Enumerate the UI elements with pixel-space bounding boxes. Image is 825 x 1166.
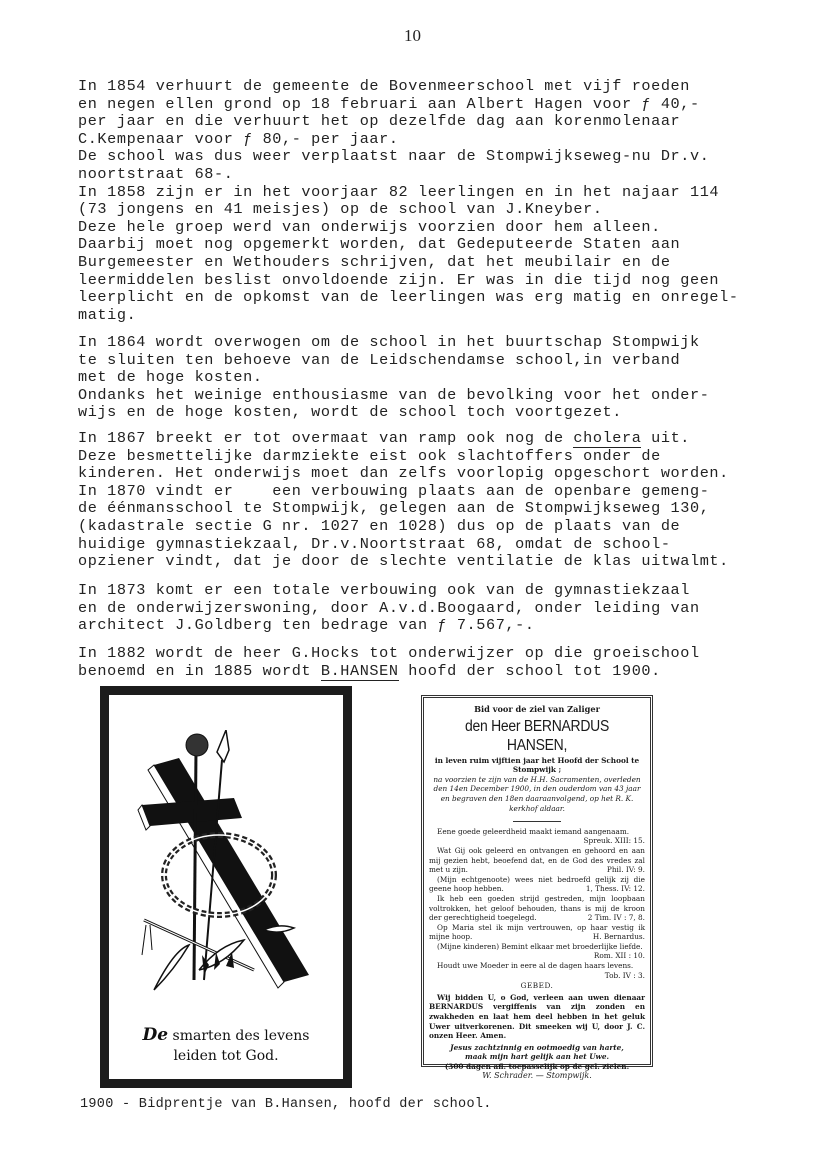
text-line: In 1882 wordt de heer G.Hocks tot onderw… [78, 645, 700, 663]
text-line: In 1867 breekt er tot overmaat van ramp … [78, 430, 729, 448]
text-line: leermiddelen beslist onvoldoende zijn. E… [78, 272, 739, 290]
text-line: (kadastrale sectie G nr. 1027 en 1028) d… [78, 518, 729, 536]
text-line: en negen ellen grond op 18 februari aan … [78, 96, 739, 114]
memorial-card-front: De smarten des levens leiden tot God. [100, 686, 352, 1088]
text-line: leerplicht en de opkomst van de leerling… [78, 289, 739, 307]
verse-reference: Spreuk. XIII: 15. [576, 836, 645, 846]
verse-reference: Rom. XII : 10. [586, 951, 645, 961]
text-line: huidige gymnastiekzaal, Dr.v.Noortstraat… [78, 536, 729, 554]
text-line: kinderen. Het onderwijs moet dan zelfs v… [78, 465, 729, 483]
card-subtitle: in leven ruim vijftien jaar het Hoofd de… [429, 756, 645, 775]
verse-reference: 1, Thess. IV: 12. [578, 884, 645, 894]
paragraph-1882-1885: In 1882 wordt de heer G.Hocks tot onderw… [78, 645, 700, 680]
text-line: In 1864 wordt overwogen om de school in … [78, 334, 709, 352]
text-line: noortstraat 68-. [78, 166, 739, 184]
text-line: In 1870 vindt er een verbouwing plaats a… [78, 483, 729, 501]
verse-reference: Phil. IV: 9. [599, 865, 645, 875]
scripture-verse: Op Maria stel ik mijn vertrouwen, op haa… [429, 923, 645, 942]
prayer-title: GEBED. [429, 981, 645, 991]
text-line: met de hoge kosten. [78, 369, 709, 387]
card-details: na voorzien te zijn van de H.H. Sacramen… [429, 775, 645, 813]
text-line: opziener vindt, dat je door de slechte v… [78, 553, 729, 571]
prayer-text: Wij bidden U, o God, verleen aan uwen di… [429, 993, 645, 1041]
text-line: de éénmansschool te Stompwijk, gelegen a… [78, 500, 729, 518]
scripture-verse: (Mijn echtgenoote) wees niet bedroefd ge… [429, 875, 645, 894]
page-number: 10 [0, 26, 825, 46]
card-deceased-name: den Heer BERNARDUS HANSEN, [440, 717, 634, 755]
text-line: Daarbij moet nog opgemerkt worden, dat G… [78, 236, 739, 254]
text-line: Deze hele groep werd van onderwijs voorz… [78, 219, 739, 237]
underlined-word: B.HANSEN [321, 662, 399, 681]
text-line: C.Kempenaar voor ƒ 80,- per jaar. [78, 131, 739, 149]
text-line: per jaar en die verhuurt het op dezelfde… [78, 113, 739, 131]
text-line: De school was dus weer verplaatst naar d… [78, 148, 739, 166]
invocation-line-1: Jesus zachtzinnig en ootmoedig van harte… [429, 1043, 645, 1053]
text-line: In 1873 komt er een totale verbouwing oo… [78, 582, 700, 600]
figure-caption: 1900 - Bidprentje van B.Hansen, hoofd de… [80, 1097, 492, 1112]
scripture-verse: (Mijne kinderen) Bemint elkaar met broed… [429, 942, 645, 961]
card-header: Bid voor de ziel van Zaliger [429, 705, 645, 715]
underlined-word: cholera [573, 429, 641, 448]
memorial-card-text: Bid voor de ziel van Zaliger den Heer BE… [421, 695, 653, 1067]
paragraph-1867-1870: In 1867 breekt er tot overmaat van ramp … [78, 430, 729, 571]
scripture-verse: Eene goede geleerdheid maakt iemand aang… [429, 827, 645, 846]
verse-reference: H. Bernardus. [585, 932, 645, 942]
card-verses: Eene goede geleerdheid maakt iemand aang… [429, 827, 645, 981]
scripture-verse: Wat Gij ook geleerd en ontvangen en geho… [429, 846, 645, 875]
text-line: matig. [78, 307, 739, 325]
text-line: Burgemeester en Wethouders schrijven, da… [78, 254, 739, 272]
paragraph-1873: In 1873 komt er een totale verbouwing oo… [78, 582, 700, 635]
motto-initial: De [143, 1025, 169, 1045]
text-line: benoemd en in 1885 wordt B.HANSEN hoofd … [78, 663, 700, 681]
scripture-verse: Houdt uwe Moeder in eere al de dagen haa… [429, 961, 645, 980]
text-line: (73 jongens en 41 meisjes) op de school … [78, 201, 739, 219]
text-line: In 1858 zijn er in het voorjaar 82 leerl… [78, 184, 739, 202]
paragraph-1854-1858: In 1854 verhuurt de gemeente de Bovenmee… [78, 78, 739, 324]
verse-reference: 2 Tim. IV : 7, 8. [580, 913, 645, 923]
text-line: te sluiten ten behoeve van de Leidschend… [78, 352, 709, 370]
cross-illustration-icon [134, 730, 324, 1000]
divider [429, 815, 645, 825]
printer-credit: W. Schrader. — Stompwijk. [421, 1071, 653, 1080]
text-line: Deze besmettelijke darmziekte eist ook s… [78, 448, 729, 466]
text-line: architect J.Goldberg ten bedrage van ƒ 7… [78, 617, 700, 635]
invocation-line-2: maak mijn hart gelijk aan het Uwe. [429, 1052, 645, 1062]
verse-reference: Tob. IV : 3. [597, 971, 645, 981]
paragraph-1864: In 1864 wordt overwogen om de school in … [78, 334, 709, 422]
text-line: en de onderwijzerswoning, door A.v.d.Boo… [78, 600, 700, 618]
text-line: wijs en de hoge kosten, wordt de school … [78, 404, 709, 422]
memorial-motto: De smarten des levens leiden tot God. [109, 1025, 343, 1066]
text-line: Ondanks het weinige enthousiasme van de … [78, 387, 709, 405]
scripture-verse: Ik heb een goeden strijd gestreden, mijn… [429, 894, 645, 923]
text-line: In 1854 verhuurt de gemeente de Bovenmee… [78, 78, 739, 96]
